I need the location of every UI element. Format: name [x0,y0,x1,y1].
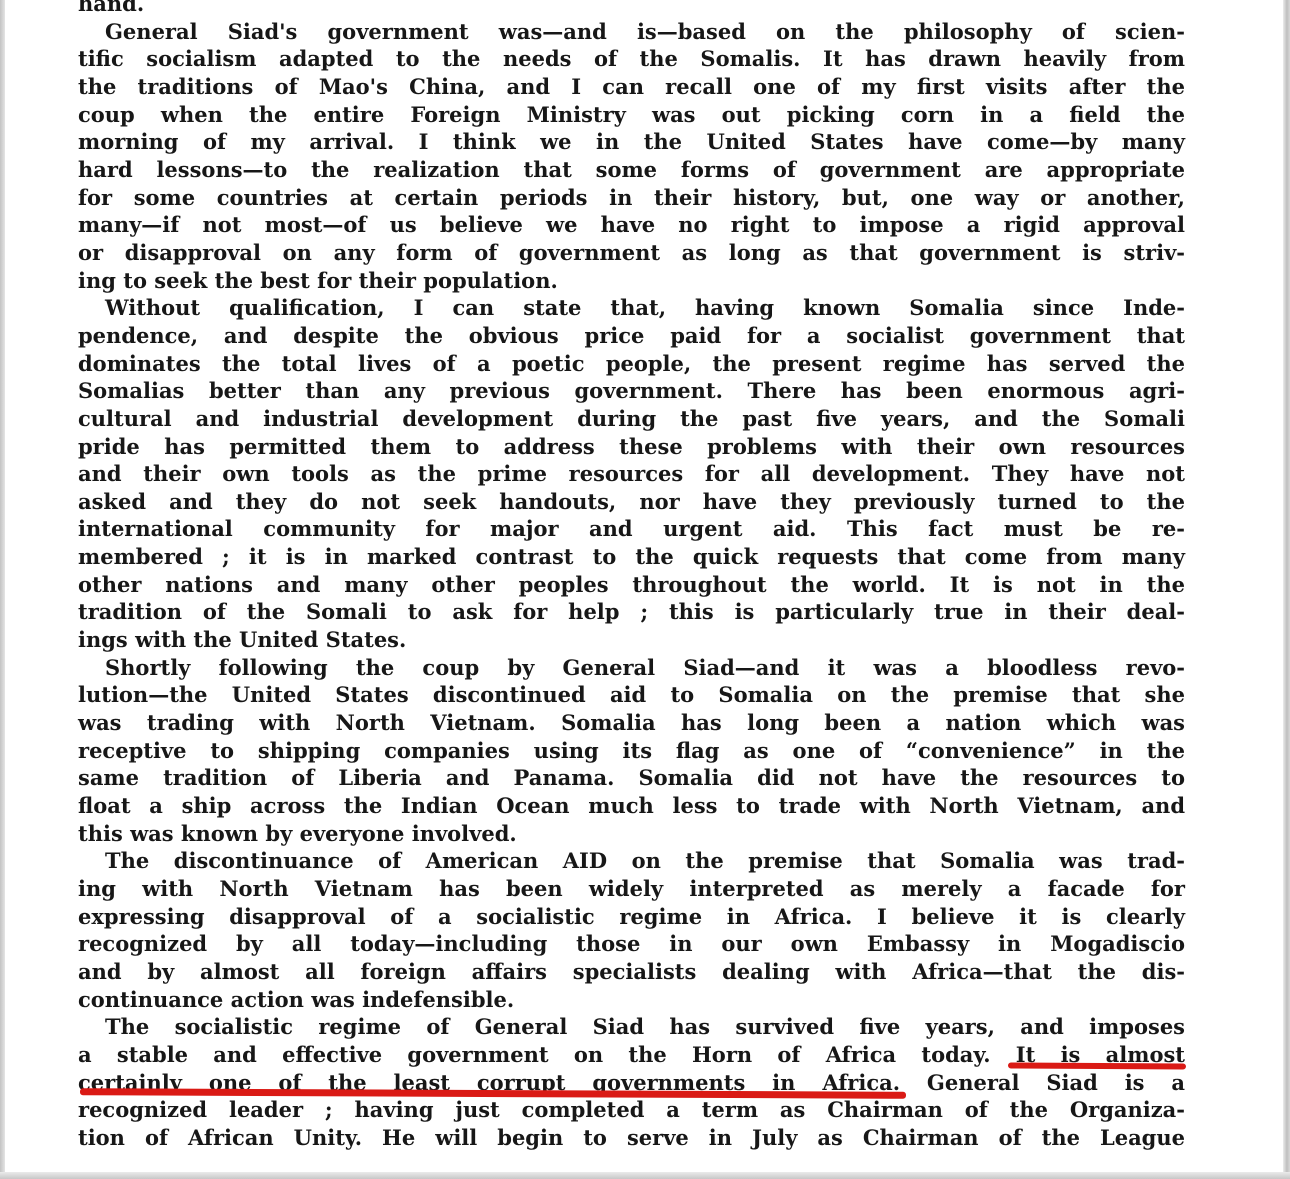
scan-edge-right [1283,0,1290,1179]
text-line: membered ; it is in marked contrast to t… [78,543,1185,571]
text-line: pendence, and despite the obvious price … [78,322,1185,350]
text-line: Without qualification, I can state that,… [78,294,1185,322]
text-line: many—if not most—of us believe we have n… [78,211,1185,239]
text-line: recognized leader ; having just complete… [78,1096,1185,1124]
text-line: ing to seek the best for their populatio… [78,267,1185,295]
text-line: Somalias better than any previous govern… [78,377,1185,405]
text-line: other nations and many other peoples thr… [78,571,1185,599]
text-line: ings with the United States. [78,626,1185,654]
text-line: pride has permitted them to address thes… [78,433,1185,461]
text-line: coup when the entire Foreign Ministry wa… [78,101,1185,129]
text-line: this was known by everyone involved. [78,820,1185,848]
text-line: same tradition of Liberia and Panama. So… [78,764,1185,792]
text-line: for some countries at certain periods in… [78,184,1185,212]
text-line: lution—the United States discontinued ai… [78,681,1185,709]
text-line: tradition of the Somali to ask for help … [78,598,1185,626]
text-line: was trading with North Vietnam. Somalia … [78,709,1185,737]
text-line: recognized by all today—including those … [78,930,1185,958]
text-line: float a ship across the Indian Ocean muc… [78,792,1185,820]
scanned-document-page: hand.General Siad's government was—and i… [0,0,1290,1179]
text-line: dominates the total lives of a poetic pe… [78,350,1185,378]
text-line: morning of my arrival. I think we in the… [78,128,1185,156]
text-line: Shortly following the coup by General Si… [78,654,1185,682]
text-line: hard lessons—to the realization that som… [78,156,1185,184]
document-text: hand.General Siad's government was—and i… [78,0,1185,1152]
text-line: continuance action was indefensible. [78,986,1185,1014]
text-line: international community for major and ur… [78,515,1185,543]
text-line: asked and they do not seek handouts, nor… [78,488,1185,516]
text-line: hand. [78,0,1185,18]
scan-edge-left [0,0,5,1179]
text-line: The discontinuance of American AID on th… [78,847,1185,875]
text-line: ing with North Vietnam has been widely i… [78,875,1185,903]
text-line: tion of African Unity. He will begin to … [78,1124,1185,1152]
text-line: cultural and industrial development duri… [78,405,1185,433]
text-line: and their own tools as the prime resourc… [78,460,1185,488]
red-underline-stroke-1 [1008,1062,1186,1069]
text-line: tific socialism adapted to the needs of … [78,45,1185,73]
text-line: or disapproval on any form of government… [78,239,1185,267]
text-line: and by almost all foreign affairs specia… [78,958,1185,986]
text-line: The socialistic regime of General Siad h… [78,1013,1185,1041]
text-line: General Siad's government was—and is—bas… [78,18,1185,46]
text-line: the traditions of Mao's China, and I can… [78,73,1185,101]
scan-edge-bottom [0,1172,1290,1179]
text-line: receptive to shipping companies using it… [78,737,1185,765]
text-line: expressing disapproval of a socialistic … [78,903,1185,931]
